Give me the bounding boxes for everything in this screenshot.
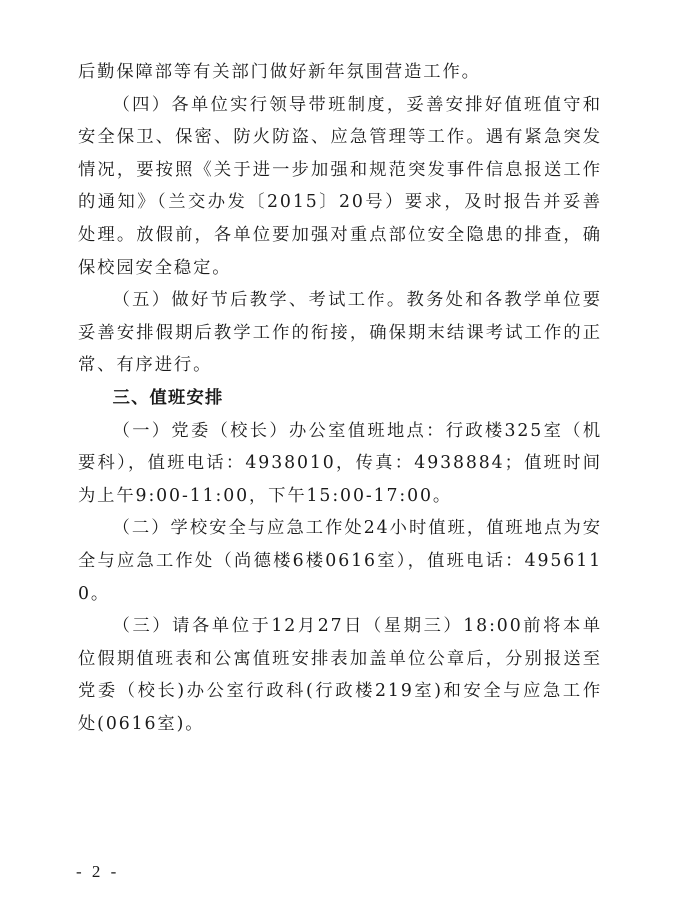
section-heading-duty-arrangement: 三、值班安排 (78, 382, 602, 415)
paragraph-item-5-teaching-exams: （五）做好节后教学、考试工作。教务处和各教学单位要妥善安排假期后教学工作的衔接，… (78, 284, 602, 382)
paragraph-duty-item-2-safety: （二）学校安全与应急工作处24小时值班，值班地点为安全与应急工作处（尚德楼6楼0… (78, 512, 602, 610)
page-number: - 2 - (76, 862, 119, 882)
paragraph-duty-item-1-office: （一）党委（校长）办公室值班地点：行政楼325室（机要科），值班电话：49380… (78, 415, 602, 513)
paragraph-duty-item-3-submission: （三）请各单位于12月27日（星期三）18:00前将本单位假期值班表和公寓值班安… (78, 610, 602, 740)
document-page: 后勤保障部等有关部门做好新年氛围营造工作。 （四）各单位实行领导带班制度，妥善安… (0, 0, 680, 910)
paragraph-item-4-duty-leadership: （四）各单位实行领导带班制度，妥善安排好值班值守和安全保卫、保密、防火防盗、应急… (78, 89, 602, 285)
paragraph-logistics-continuation: 后勤保障部等有关部门做好新年氛围营造工作。 (78, 56, 602, 89)
document-body: 后勤保障部等有关部门做好新年氛围营造工作。 （四）各单位实行领导带班制度，妥善安… (78, 56, 602, 740)
